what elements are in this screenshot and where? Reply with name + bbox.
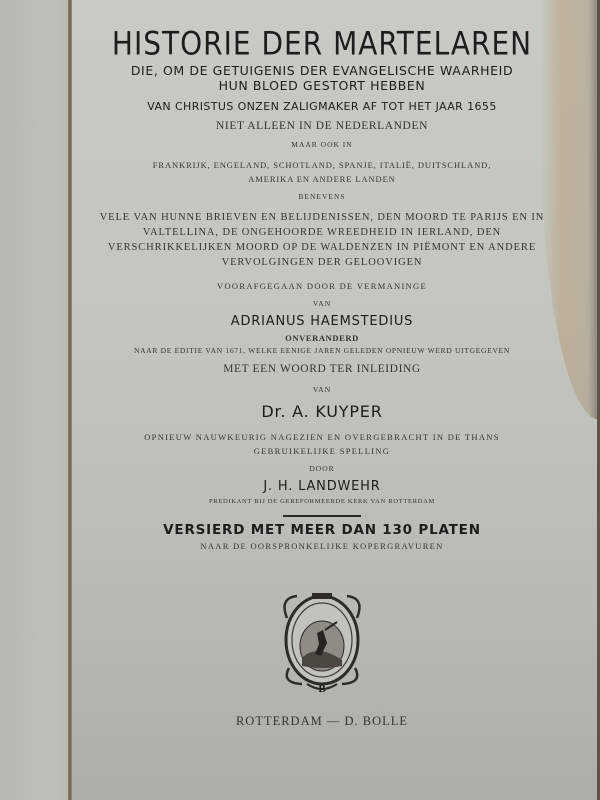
revised-line-2: GEBRUIKELIJKE SPELLING [72,447,572,457]
svg-text:B: B [318,683,326,695]
by-label-3: DOOR [72,465,572,474]
by-label-1: VAN [72,300,572,309]
introducer-name: Dr. A. KUYPER [72,403,572,421]
countries-line-1: FRANKRIJK, ENGELAND, SCHOTLAND, SPANJE, … [72,161,572,171]
editor-title: PREDIKANT BIJ DE GEREFORMEERDE KERK VAN … [72,498,572,505]
publisher-emblem-icon: B [267,588,377,698]
editor-name: J. H. LANDWEHR [72,480,572,495]
author-name: ADRIANUS HAEMSTEDIUS [72,315,572,330]
divider-rule [283,515,361,517]
engravings-line: NAAR DE OORSPRONKELIJKE KOPERGRAVUREN [72,542,572,552]
left-page [0,0,70,800]
besides-line: BENEVENS [72,193,572,202]
subtitle-line-2: HUN BLOED GESTORT HEBBEN [72,79,572,93]
book-title: HISTORIE DER MARTELAREN [72,26,572,63]
imprint-line: ROTTERDAM — D. BOLLE [72,714,572,728]
introduction-line: MET EEN WOORD TER INLEIDING [72,363,572,376]
by-label-2: VAN [72,386,572,395]
unchanged-label: ONVERANDERD [72,334,572,344]
preceded-by-line: VOORAFGEGAAN DOOR DE VERMANINGE [72,282,572,292]
period-line: VAN CHRISTUS ONZEN ZALIGMAKER AF TOT HET… [72,101,572,114]
revised-line-1: OPNIEUW NAUWKEURIG NAGEZIEN EN OVERGEBRA… [72,433,572,443]
edition-note: NAAR DE EDITIE VAN 1671, WELKE EENIGE JA… [72,347,572,356]
but-also-line: MAAR OOK IN [72,141,572,150]
title-page: HISTORIE DER MARTELAREN DIE, OM DE GETUI… [72,28,572,729]
illustrated-line: VERSIERD MET MEER DAN 130 PLATEN [72,523,572,539]
not-only-line: NIET ALLEEN IN DE NEDERLANDEN [72,120,572,133]
subtitle-line-1: DIE, OM DE GETUIGENIS DER EVANGELISCHE W… [72,64,572,78]
countries-line-2: AMERIKA EN ANDERE LANDEN [72,175,572,185]
contents-paragraph: VELE VAN HUNNE BRIEVEN EN BELIJDENISSEN,… [72,210,572,271]
